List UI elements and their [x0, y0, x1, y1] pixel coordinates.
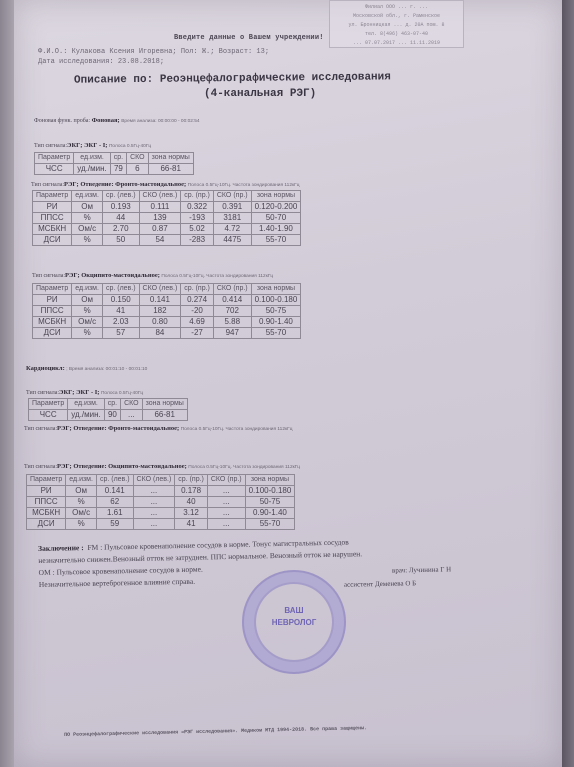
table-cell: 2.03: [102, 317, 139, 328]
column-header: Параметр: [35, 153, 74, 164]
table-cell: 0.90-1.40: [251, 317, 301, 328]
table-cell: 5.88: [213, 317, 251, 328]
signal-label: Тип сигнала:: [24, 426, 57, 432]
table-cell: ...: [133, 508, 175, 519]
table-cell: ...: [207, 497, 245, 508]
ecg-table-cardio: Параметред.изм.ср.СКОзона нормыЧССуд./ми…: [28, 398, 188, 421]
table-cell: 4475: [213, 235, 251, 246]
table-cell: ППСС: [27, 497, 66, 508]
stamp-line: Филиал ООО ... г. ...: [336, 3, 457, 12]
table-cell: 84: [139, 328, 181, 339]
table-cell: -27: [181, 328, 214, 339]
column-header: Параметр: [27, 475, 66, 486]
table-cell: 0.87: [139, 224, 181, 235]
document-subtitle: (4-канальная РЭГ): [204, 88, 316, 100]
table-cell: 3.12: [175, 508, 208, 519]
table-cell: 57: [102, 328, 139, 339]
table-cell: 0.100-0.180: [245, 486, 295, 497]
table-cell: %: [72, 328, 103, 339]
table-header-row: Параметред.изм.ср.СКОзона нормы: [29, 399, 188, 410]
cardio-test-heading: Кардиоцикл: ; Время анализа: 00:01:10 - …: [26, 365, 147, 372]
table-header-row: Параметред.изм.ср. (лев.)СКО (лев.)ср. (…: [33, 191, 301, 202]
background-test-heading: Фоновая функ. проба: Фоновая; Время анал…: [34, 117, 200, 124]
table-cell: 0.100-0.180: [251, 295, 301, 306]
table-cell: 3181: [213, 213, 251, 224]
table-cell: ...: [133, 486, 175, 497]
fronto-table-background: Параметред.изм.ср. (лев.)СКО (лев.)ср. (…: [32, 190, 301, 246]
table-row: МСБКНОм/с2.030.804.695.880.90-1.40: [33, 317, 301, 328]
signal-name: РЭГ; Отведение:: [57, 425, 107, 432]
column-header: ср. (лев.): [102, 284, 139, 295]
signal-name: ЭКГ; ЭКГ - I;: [67, 142, 107, 149]
table-cell: 41: [102, 306, 139, 317]
table-cell: %: [72, 213, 103, 224]
table-cell: ...: [133, 519, 175, 530]
occipito-signal-heading-1: Тип сигнала:РЭГ; Окципито-мастоидальное;…: [32, 272, 273, 279]
table-row: РИОм0.1930.1110.3220.3910.120-0.200: [33, 202, 301, 213]
table-cell: -193: [181, 213, 214, 224]
signal-band: Полоса 0.5Гц-40Гц: [101, 391, 143, 396]
table-cell: 0.391: [213, 202, 251, 213]
table-cell: ...: [207, 519, 245, 530]
table-row: ЧССуд./мин.79666-81: [35, 164, 194, 175]
column-header: СКО (пр.): [213, 284, 251, 295]
table-cell: РИ: [27, 486, 66, 497]
table-cell: %: [66, 519, 97, 530]
table-cell: 182: [139, 306, 181, 317]
table-cell: МСБКН: [33, 224, 72, 235]
table-cell: Ом: [66, 486, 97, 497]
table-row: ЧССуд./мин.90...66-81: [29, 410, 188, 421]
table-cell: Ом: [72, 295, 103, 306]
clinic-stamp-box: Филиал ООО ... г. ... Московской обл., г…: [329, 0, 464, 48]
column-header: Параметр: [33, 191, 72, 202]
column-header: Параметр: [29, 399, 68, 410]
conclusion-label: Заключение :: [38, 543, 84, 553]
table-cell: 0.141: [96, 486, 133, 497]
table-cell: уд./мин.: [74, 164, 110, 175]
table-cell: 50-75: [251, 306, 301, 317]
table-cell: 66-81: [142, 410, 187, 421]
document-page: Филиал ООО ... г. ... Московской обл., г…: [14, 0, 562, 767]
table-row: ДСИ%5784-2794755-70: [33, 328, 301, 339]
ecg-signal-heading-2: Тип сигнала:ЭКГ; ЭКГ - I; Полоса 0.5Гц-4…: [26, 389, 143, 396]
column-header: зона нормы: [142, 399, 187, 410]
table-cell: 44: [102, 213, 139, 224]
table-cell: ДСИ: [33, 235, 72, 246]
stamp-line: Московской обл., г. Раменское: [336, 12, 457, 21]
table-cell: 50: [102, 235, 139, 246]
column-header: СКО (пр.): [213, 191, 251, 202]
signal-band: Полоса 0.5Гц-10Гц. Частота зондирования …: [181, 427, 293, 432]
signal-label: Тип сигнала:: [26, 390, 59, 396]
table-row: ППСС%62...40...50-75: [27, 497, 295, 508]
signal-band: Полоса 0.5Гц-10Гц. Частота зондирования …: [161, 274, 273, 279]
lead-name: Окципито-мастоидальное;: [108, 463, 187, 470]
seal-text: НЕВРОЛОГ: [244, 618, 344, 627]
column-header: зона нормы: [251, 191, 301, 202]
table-cell: 702: [213, 306, 251, 317]
signal-band: Полоса 0.5Гц-10Гц. Частота зондирования …: [188, 183, 300, 188]
table-cell: 66-81: [148, 164, 193, 175]
test-name: Фоновая;: [92, 117, 120, 124]
stamp-line: тел. 8(496) 463-07-40: [336, 30, 457, 39]
analysis-time: ; Время анализа: 00:01:10 - 00:01:10: [66, 367, 147, 372]
table-cell: 4.69: [181, 317, 214, 328]
signal-name: РЭГ;: [65, 272, 80, 279]
stamp-line: ул. Бронницкая ... д. 20А пом. 8: [336, 21, 457, 30]
table-row: РИОм0.141...0.178...0.100-0.180: [27, 486, 295, 497]
table-cell: %: [66, 497, 97, 508]
table-header-row: Параметред.изм.ср. (лев.)СКО (лев.)ср. (…: [33, 284, 301, 295]
table-row: ДСИ%5054-283447555-70: [33, 235, 301, 246]
table-cell: 55-70: [245, 519, 295, 530]
ecg-signal-heading-1: Тип сигнала:ЭКГ; ЭКГ - I; Полоса 0.5Гц-4…: [34, 142, 151, 149]
table-cell: ЧСС: [29, 410, 68, 421]
table-cell: 0.193: [102, 202, 139, 213]
column-header: ед.изм.: [68, 399, 104, 410]
column-header: ср. (лев.): [102, 191, 139, 202]
lead-name: Окципито-мастоидальное;: [81, 272, 160, 279]
column-header: ср. (пр.): [181, 284, 214, 295]
table-row: ППСС%41182-2070250-75: [33, 306, 301, 317]
column-header: ед.изм.: [66, 475, 97, 486]
column-header: СКО (лев.): [139, 191, 181, 202]
lead-name: Фронто-мастоидальное;: [115, 181, 186, 188]
table-cell: 50-70: [251, 213, 301, 224]
table-cell: 0.90-1.40: [245, 508, 295, 519]
table-cell: ...: [121, 410, 143, 421]
table-cell: 0.274: [181, 295, 214, 306]
table-header-row: Параметред.изм.ср.СКОзона нормы: [35, 153, 194, 164]
occipito-signal-heading-2: Тип сигнала:РЭГ; Отведение: Окципито-мас…: [24, 463, 300, 470]
column-header: ср. (пр.): [181, 191, 214, 202]
column-header: ед.изм.: [72, 191, 103, 202]
table-cell: ...: [207, 508, 245, 519]
table-cell: 1.61: [96, 508, 133, 519]
signal-label: Тип сигнала:: [32, 273, 65, 279]
table-cell: 0.322: [181, 202, 214, 213]
table-cell: 0.141: [139, 295, 181, 306]
signal-band: Полоса 0.5Гц-40Гц: [109, 144, 151, 149]
institution-heading: Введите данные о Вашем учреждении!: [174, 34, 324, 42]
table-cell: ДСИ: [27, 519, 66, 530]
paper-shadow-left: [0, 0, 14, 767]
table-cell: 2.70: [102, 224, 139, 235]
table-cell: 1.40-1.90: [251, 224, 301, 235]
occipito-table-background: Параметред.изм.ср. (лев.)СКО (лев.)ср. (…: [32, 283, 301, 339]
table-cell: 0.111: [139, 202, 181, 213]
table-cell: ...: [133, 497, 175, 508]
signal-label: Тип сигнала:: [24, 464, 57, 470]
column-header: ед.изм.: [72, 284, 103, 295]
table-row: ППСС%44139-193318150-70: [33, 213, 301, 224]
table-cell: 0.80: [139, 317, 181, 328]
table-cell: 0.178: [175, 486, 208, 497]
table-cell: 5.02: [181, 224, 214, 235]
table-cell: 79: [110, 164, 126, 175]
test-label: Кардиоцикл:: [26, 365, 65, 372]
table-cell: %: [72, 306, 103, 317]
column-header: ед.изм.: [74, 153, 110, 164]
column-header: ср.: [104, 399, 120, 410]
signal-name: ЭКГ; ЭКГ - I;: [59, 389, 99, 396]
software-footer: ПО Реоэнцефалографические исследования «…: [64, 725, 367, 738]
column-header: ср.: [110, 153, 126, 164]
paper-shadow-right: [562, 0, 574, 767]
column-header: СКО (лев.): [139, 284, 181, 295]
table-cell: 55-70: [251, 235, 301, 246]
round-seal: ВАШ НЕВРОЛОГ: [242, 570, 346, 674]
table-cell: 4.72: [213, 224, 251, 235]
fronto-signal-heading-2: Тип сигнала:РЭГ; Отведение: Фронто-масто…: [24, 425, 292, 432]
table-cell: 947: [213, 328, 251, 339]
table-cell: МСБКН: [33, 317, 72, 328]
column-header: СКО (пр.): [207, 475, 245, 486]
table-cell: ППСС: [33, 213, 72, 224]
column-header: ср. (пр.): [175, 475, 208, 486]
table-cell: Ом/с: [66, 508, 97, 519]
table-cell: Ом: [72, 202, 103, 213]
table-cell: -20: [181, 306, 214, 317]
signal-band: Полоса 0.5Гц-10Гц. Частота зондирования …: [188, 465, 300, 470]
document-title: Описание по: Реоэнцефалографические иссл…: [74, 71, 391, 86]
table-cell: 6: [127, 164, 149, 175]
column-header: СКО: [127, 153, 149, 164]
table-cell: 41: [175, 519, 208, 530]
table-cell: уд./мин.: [68, 410, 104, 421]
table-row: МСБКНОм/с1.61...3.12...0.90-1.40: [27, 508, 295, 519]
test-label: Фоновая функ. проба:: [34, 118, 90, 124]
exam-date: Дата исследования: 23.08.2018;: [38, 58, 164, 66]
table-cell: РИ: [33, 295, 72, 306]
table-cell: 139: [139, 213, 181, 224]
table-cell: РИ: [33, 202, 72, 213]
table-cell: ...: [207, 486, 245, 497]
column-header: зона нормы: [245, 475, 295, 486]
assistant-signature: ассистент Деменева О Б: [344, 579, 416, 589]
table-cell: 59: [96, 519, 133, 530]
table-cell: 50-75: [245, 497, 295, 508]
fronto-signal-heading-1: Тип сигнала:РЭГ; Отведение: Фронто-масто…: [31, 181, 299, 188]
signal-name: РЭГ; Отведение:: [57, 463, 107, 470]
column-header: СКО: [121, 399, 143, 410]
table-cell: 54: [139, 235, 181, 246]
table-cell: 40: [175, 497, 208, 508]
table-cell: 55-70: [251, 328, 301, 339]
stamp-line: ... 07.07.2017 ... 11.11.2019: [336, 39, 457, 48]
table-cell: МСБКН: [27, 508, 66, 519]
table-cell: ЧСС: [35, 164, 74, 175]
column-header: ср. (лев.): [96, 475, 133, 486]
table-cell: %: [72, 235, 103, 246]
column-header: СКО (лев.): [133, 475, 175, 486]
seal-text: ВАШ: [244, 606, 344, 615]
table-row: ДСИ%59...41...55-70: [27, 519, 295, 530]
table-cell: -283: [181, 235, 214, 246]
column-header: Параметр: [33, 284, 72, 295]
ecg-table-background: Параметред.изм.ср.СКОзона нормыЧССуд./ми…: [34, 152, 194, 175]
signal-name: РЭГ; Отведение:: [64, 181, 114, 188]
table-cell: ДСИ: [33, 328, 72, 339]
table-cell: ППСС: [33, 306, 72, 317]
table-cell: 0.120-0.200: [251, 202, 301, 213]
column-header: зона нормы: [148, 153, 193, 164]
table-cell: 62: [96, 497, 133, 508]
table-header-row: Параметред.изм.ср. (лев.)СКО (лев.)ср. (…: [27, 475, 295, 486]
column-header: зона нормы: [251, 284, 301, 295]
table-cell: Ом/с: [72, 224, 103, 235]
lead-name: Фронто-мастоидальное;: [108, 425, 179, 432]
signal-label: Тип сигнала:: [34, 143, 67, 149]
table-cell: Ом/с: [72, 317, 103, 328]
table-row: МСБКНОм/с2.700.875.024.721.40-1.90: [33, 224, 301, 235]
doctor-signature: врач: Лучинина Г Н: [392, 565, 451, 574]
table-cell: 0.414: [213, 295, 251, 306]
signal-label: Тип сигнала:: [31, 182, 64, 188]
table-row: РИОм0.1500.1410.2740.4140.100-0.180: [33, 295, 301, 306]
occipito-table-cardio: Параметред.изм.ср. (лев.)СКО (лев.)ср. (…: [26, 474, 295, 530]
table-cell: 0.150: [102, 295, 139, 306]
patient-info: Ф.И.О.: Кулакова Ксения Игоревна; Пол: Ж…: [38, 48, 269, 56]
analysis-time: Время анализа: 00:00:00 - 00:02:54: [121, 119, 199, 124]
table-cell: 90: [104, 410, 120, 421]
